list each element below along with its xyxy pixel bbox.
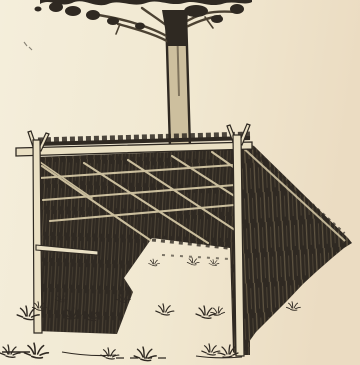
detached-leaf-speck bbox=[35, 7, 42, 12]
scanned-illustration: Lean-to shelter of thatched grass with a… bbox=[0, 0, 360, 365]
illustration-canvas: Lean-to shelter of thatched grass with a… bbox=[0, 0, 360, 365]
left-post-shaft bbox=[33, 140, 42, 333]
